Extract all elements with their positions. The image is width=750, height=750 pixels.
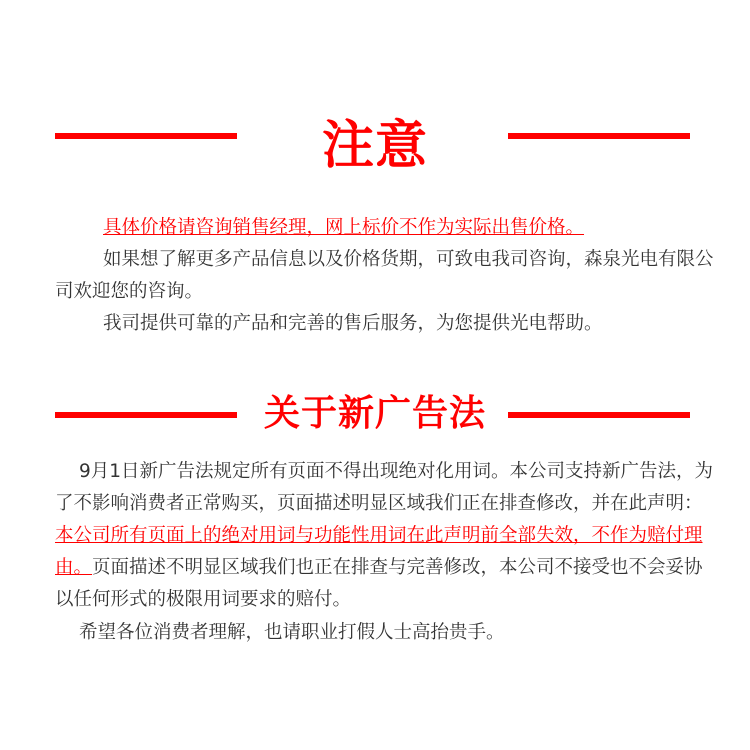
notice-price-line: 具体价格请咨询销售经理，网上标价不作为实际出售价格。	[103, 212, 584, 244]
right-divider	[508, 412, 690, 418]
service-text: 我司提供可靠的产品和完善的售后服务，为您提供光电帮助。	[103, 313, 603, 334]
right-divider	[508, 133, 690, 139]
adlaw-title: 关于新广告法	[0, 385, 750, 436]
closing-text: 希望各位消费者理解，也请职业打假人士高抬贵手。	[79, 622, 505, 643]
adlaw-text-part1: 9月1日新广告法规定所有页面不得出现绝对化用词。本公司支持新广告法，为了不影响消…	[55, 461, 713, 514]
notice-contact-paragraph: 如果想了解更多产品信息以及价格货期，可致电我司咨询，森泉光电有限公司欢迎您的咨询…	[55, 244, 715, 308]
notice-title: 注意	[0, 103, 750, 178]
adlaw-text-part2: 页面描述不明显区域我们也正在排查与完善修改，本公司不接受也不会妥协以任何形式的极…	[55, 557, 703, 610]
notice-service-paragraph: 我司提供可靠的产品和完善的售后服务，为您提供光电帮助。	[103, 308, 603, 340]
price-disclaimer: 具体价格请咨询销售经理，网上标价不作为实际出售价格。	[103, 217, 584, 238]
adlaw-paragraph: 9月1日新广告法规定所有页面不得出现绝对化用词。本公司支持新广告法，为了不影响消…	[55, 456, 715, 616]
contact-text: 如果想了解更多产品信息以及价格货期，可致电我司咨询，森泉光电有限公司欢迎您的咨询…	[55, 249, 714, 302]
adlaw-closing-paragraph: 希望各位消费者理解，也请职业打假人士高抬贵手。	[79, 617, 505, 649]
